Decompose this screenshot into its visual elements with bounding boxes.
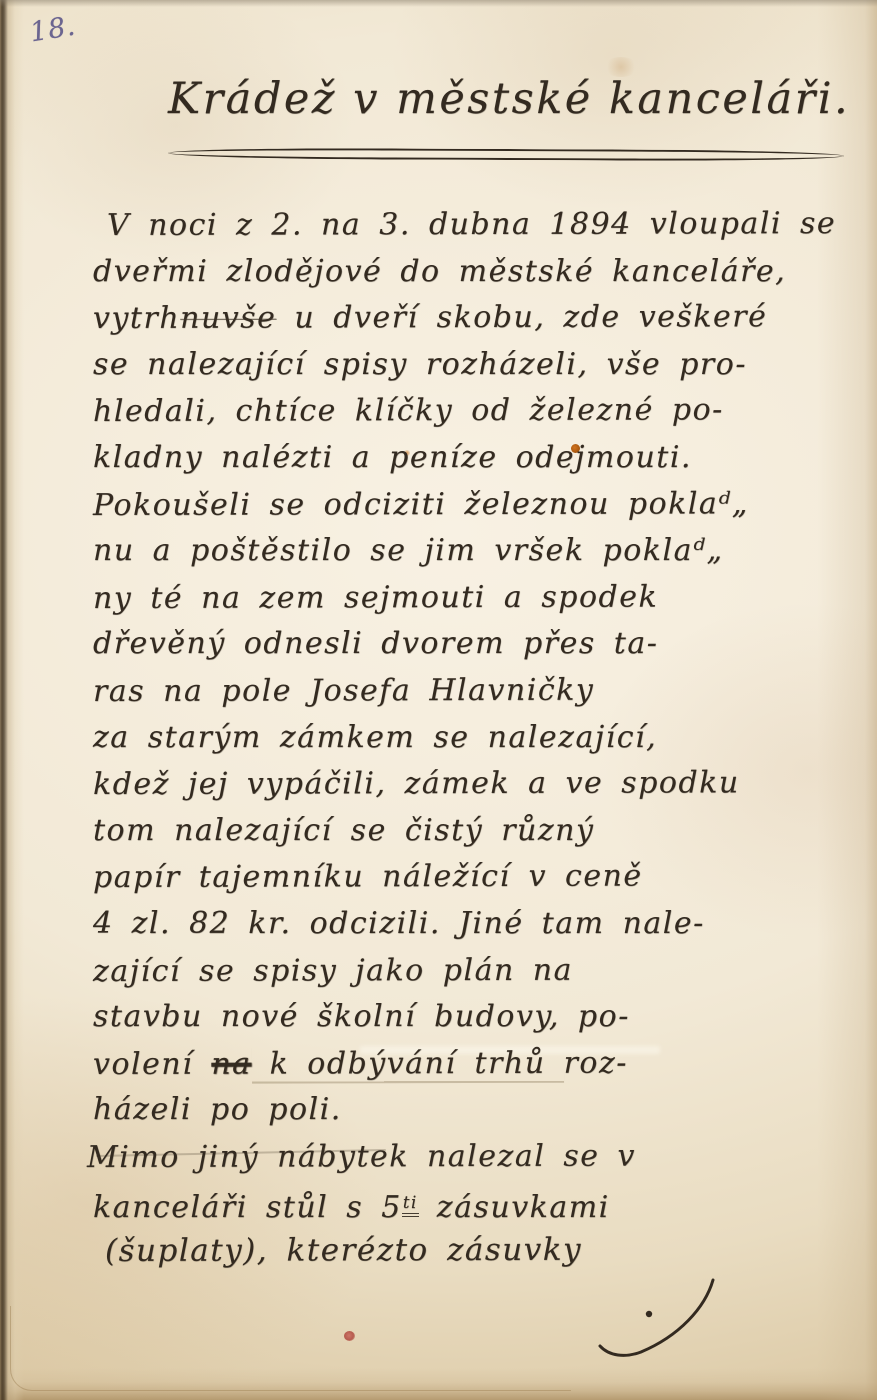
text-line: hledali, chtíce klíčky od železné po- — [93, 387, 868, 436]
text-line: Pokoušeli se odciziti železnou poklaᵈ„ — [93, 481, 868, 530]
manuscript-page: 18. Krádež v městské kanceláři. V noci z… — [0, 0, 877, 1400]
page-title: Krádež v městské kanceláři. — [168, 74, 858, 124]
text-segment: kanceláři stůl s 5 — [93, 1190, 402, 1225]
text-segment: zásuvkami — [419, 1190, 610, 1225]
superscript-text: ti — [402, 1193, 419, 1217]
text-line: za starým zámkem se nalezající, — [93, 715, 868, 762]
text-segment: vytrh — [93, 301, 180, 336]
text-line: kladny nalézti a peníze odejmouti. — [93, 435, 868, 482]
text-segment: roz- — [564, 1045, 628, 1080]
text-line: házeli po poli. — [93, 1087, 868, 1134]
text-line: zající se spisy jako plán na — [93, 946, 868, 995]
text-line: volení na k odbývání trhů roz- — [93, 1040, 868, 1089]
text-line: nu a poštěstilo se jim vršek poklaᵈ„ — [93, 528, 868, 575]
struck-text: na — [211, 1046, 251, 1081]
text-line: tom nalezající se čistý různý — [93, 808, 868, 855]
text-line: stavbu nové školní budovy, po- — [93, 994, 868, 1041]
page-crease-line — [10, 1306, 571, 1391]
page-number: 18. — [28, 11, 78, 49]
text-line: papír tajemníku náležící v ceně — [93, 853, 868, 902]
manuscript-body: V noci z 2. na 3. dubna 1894 vloupali se… — [93, 202, 868, 1274]
text-line: ras na pole Josefa Hlavničky — [93, 667, 868, 716]
pencil-underlined-text: k odbývání trhů — [251, 1045, 563, 1081]
paper-stain — [344, 1331, 355, 1341]
text-line: vytrhnuvše u dveří skobu, zde veškeré — [93, 294, 868, 343]
text-line: dveřmi zlodějové do městské kanceláře, — [93, 249, 868, 296]
text-line: 4 zl. 82 kr. odcizili. Jiné tam nale- — [93, 901, 868, 948]
text-line: se nalezající spisy rozházeli, vše pro- — [93, 342, 868, 389]
text-line: ny té na zem sejmouti a spodek — [93, 574, 868, 623]
title-double-underline — [168, 148, 844, 162]
text-segment: volení — [93, 1046, 211, 1081]
text-line: kanceláři stůl s 5ti zásuvkami — [93, 1180, 868, 1227]
text-line: kdež jej vypáčili, zámek a ve spodku — [93, 760, 868, 809]
text-segment: u dveří skobu, zde veškeré — [276, 299, 767, 335]
flourish-mark — [585, 1276, 720, 1368]
text-line: dřevěný odnesli dvorem přes ta- — [93, 621, 868, 668]
struck-text: nuvše — [180, 301, 276, 336]
text-line: (šuplaty), kterézto zásuvky — [93, 1226, 868, 1275]
text-line: V noci z 2. na 3. dubna 1894 vloupali se — [93, 201, 868, 250]
text-line: Mimo jiný nábytek nalezal se v — [87, 1133, 868, 1182]
